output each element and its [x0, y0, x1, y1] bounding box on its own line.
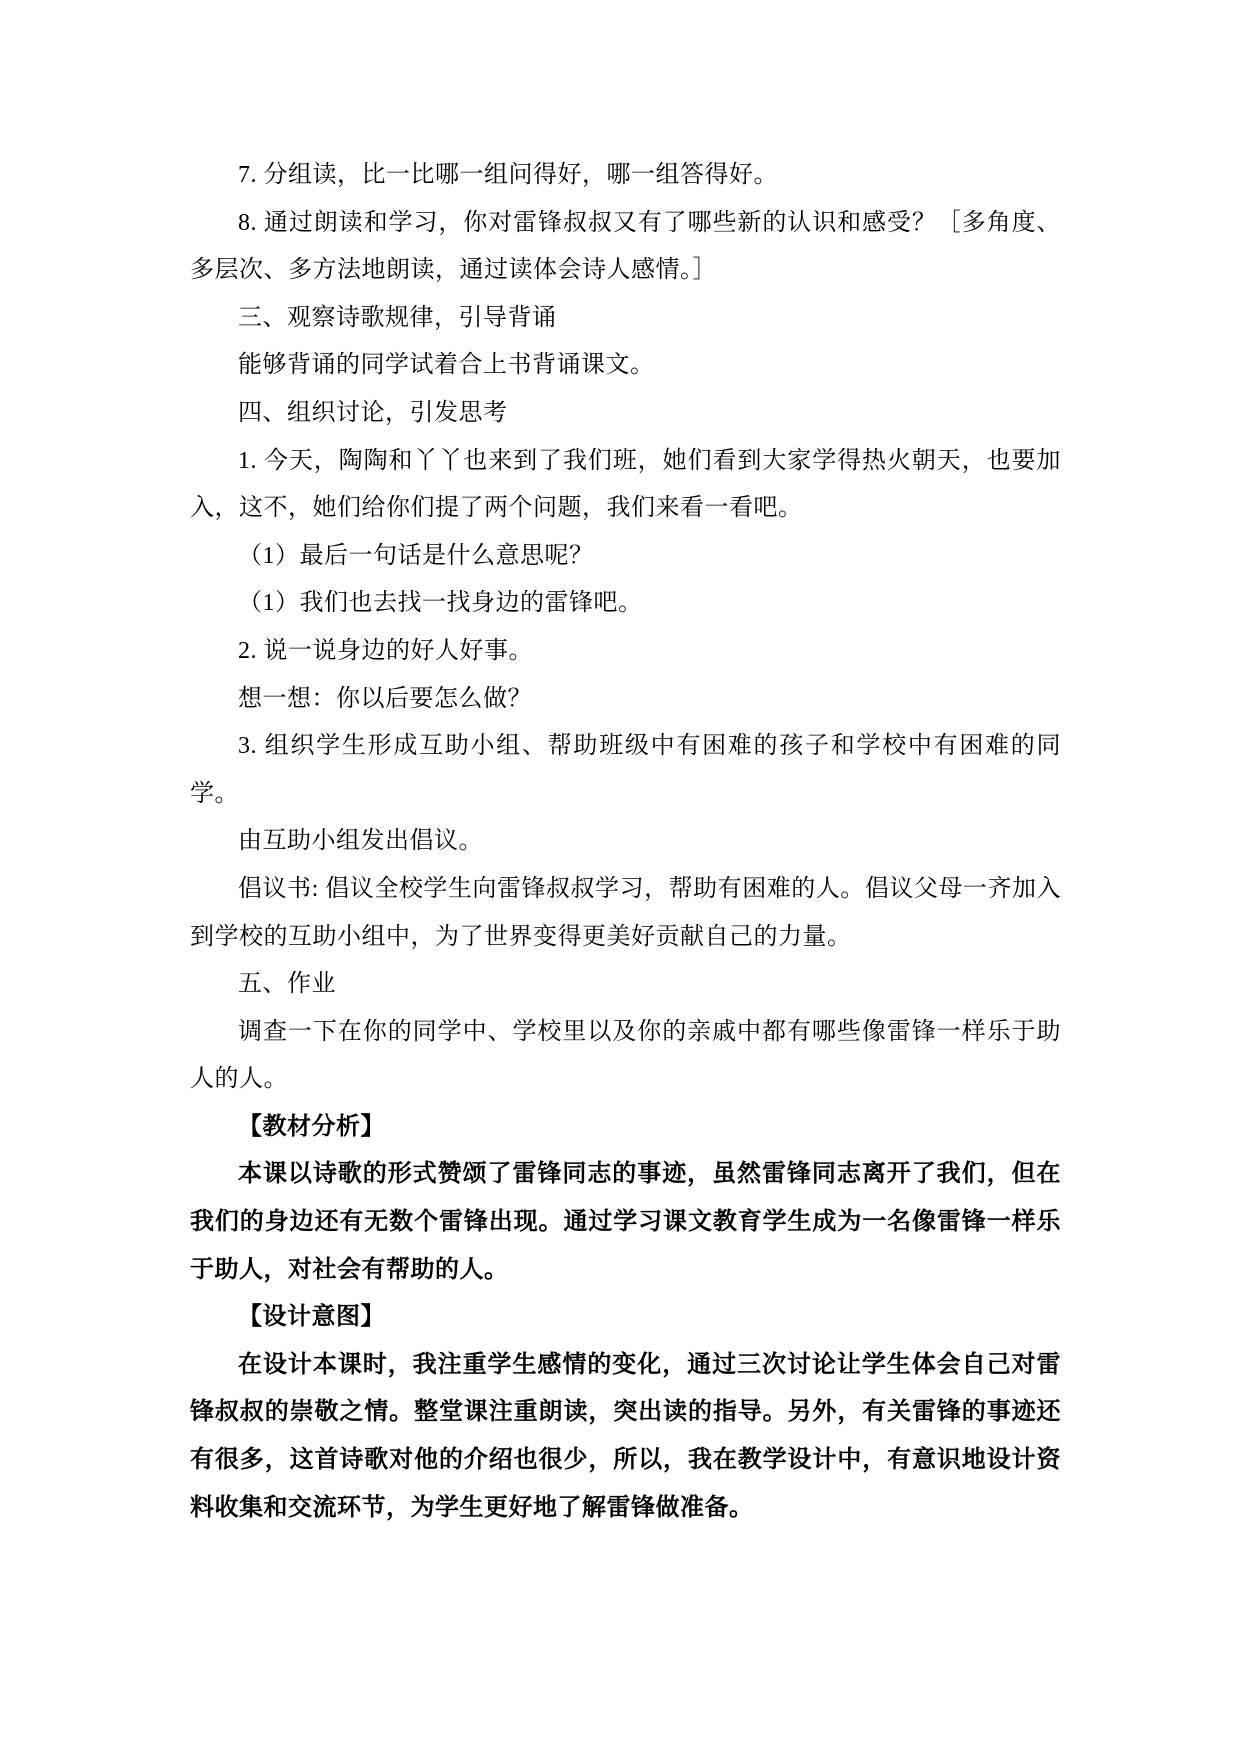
section-heading: 五、作业: [190, 961, 1061, 1009]
paragraph: 2. 说一说身边的好人好事。: [190, 628, 1061, 676]
paragraph: 8. 通过朗读和学习，你对雷锋叔叔又有了哪些新的认识和感受？［多角度、多层次、多…: [190, 200, 1061, 295]
paragraph: 1. 今天，陶陶和丫丫也来到了我们班，她们看到大家学得热火朝天，也要加入，这不，…: [190, 438, 1061, 533]
paragraph: （1）我们也去找一找身边的雷锋吧。: [190, 580, 1061, 628]
paragraph: 能够背诵的同学试着合上书背诵课文。: [190, 342, 1061, 390]
paragraph: 本课以诗歌的形式赞颂了雷锋同志的事迹，虽然雷锋同志离开了我们，但在我们的身边还有…: [190, 1151, 1061, 1294]
paragraph: 在设计本课时，我注重学生感情的变化，通过三次讨论让学生体会自己对雷锋叔叔的崇敬之…: [190, 1342, 1061, 1532]
paragraph: 3. 组织学生形成互助小组、帮助班级中有困难的孩子和学校中有困难的同学。: [190, 723, 1061, 818]
document-body: 7. 分组读，比一比哪一组问得好，哪一组答得好。8. 通过朗读和学习，你对雷锋叔…: [190, 152, 1061, 1532]
paragraph: 倡议书: 倡议全校学生向雷锋叔叔学习，帮助有困难的人。倡议父母一齐加入到学校的互…: [190, 866, 1061, 961]
document-page: 7. 分组读，比一比哪一组问得好，哪一组答得好。8. 通过朗读和学习，你对雷锋叔…: [0, 0, 1241, 1754]
section-heading: 【设计意图】: [190, 1294, 1061, 1342]
paragraph: 调查一下在你的同学中、学校里以及你的亲戚中都有哪些像雷锋一样乐于助人的人。: [190, 1009, 1061, 1104]
section-heading: 三、观察诗歌规律，引导背诵: [190, 295, 1061, 343]
section-heading: 四、组织讨论，引发思考: [190, 390, 1061, 438]
paragraph: （1）最后一句话是什么意思呢？: [190, 533, 1061, 581]
paragraph: 7. 分组读，比一比哪一组问得好，哪一组答得好。: [190, 152, 1061, 200]
paragraph: 想一想：你以后要怎么做？: [190, 676, 1061, 724]
paragraph: 由互助小组发出倡议。: [190, 818, 1061, 866]
section-heading: 【教材分析】: [190, 1104, 1061, 1152]
